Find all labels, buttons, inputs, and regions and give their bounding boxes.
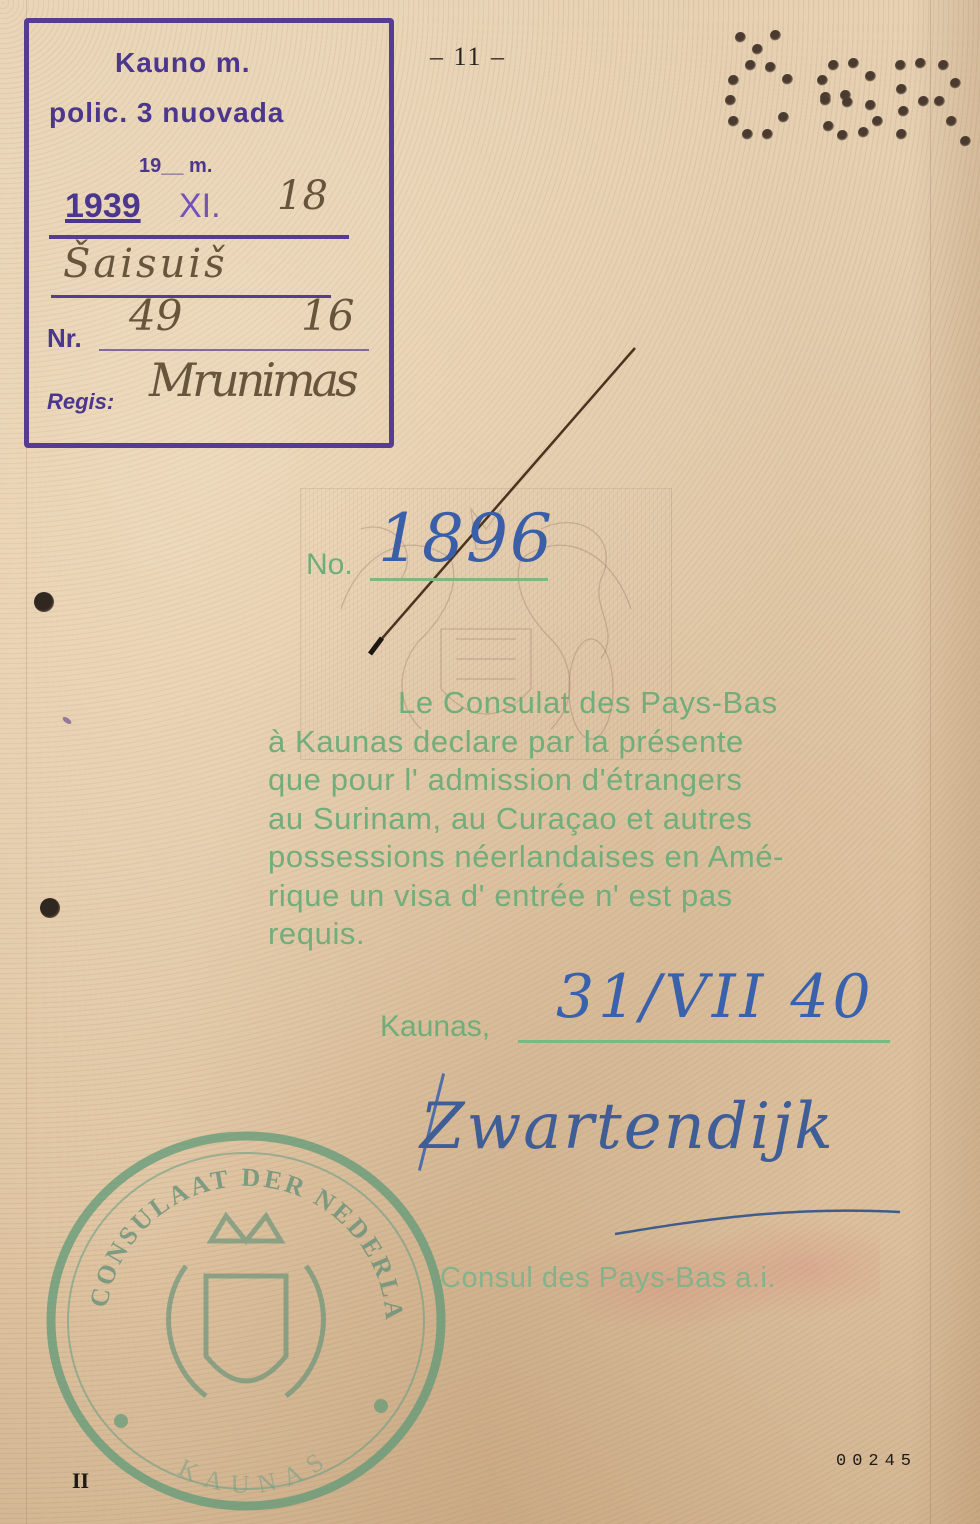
stamp-rule	[49, 235, 349, 239]
ink-speck	[61, 716, 72, 726]
visa-place-label: Kaunas,	[380, 1010, 490, 1044]
declaration-line: rique un visa d' entrée n' est pas	[268, 877, 902, 916]
visa-number-value: 1896	[378, 500, 554, 577]
declaration-line: au Surinam, au Curaçao et autres	[268, 800, 902, 839]
declaration-line: requis.	[268, 915, 902, 954]
stamp-precinct: polic. 3 nuovada	[49, 97, 284, 129]
perforated-number	[720, 20, 980, 150]
declaration-line: à Kaunas declare par la présente	[268, 723, 902, 762]
visa-number-label: No.	[306, 548, 353, 582]
binding-hole	[34, 592, 54, 612]
page-edge-shadow	[910, 0, 980, 1524]
visa-date-rule	[518, 1040, 890, 1043]
consul-signature: Zwartendijk	[420, 1090, 835, 1164]
stamp-nr-value: 49	[129, 291, 182, 340]
stamp-date-year: 1939	[65, 187, 141, 226]
signature-underline	[610, 1200, 910, 1240]
stamp-nr-label: Nr.	[47, 323, 82, 354]
binding-hole	[40, 898, 60, 918]
visa-date-value: 31/VII 40	[556, 962, 875, 1032]
page-fold-line	[930, 0, 931, 1524]
visa-number-rule	[370, 578, 548, 581]
stamp-year-placeholder: 19__ m.	[139, 155, 212, 178]
declaration-line: que pour l' admission d'étrangers	[268, 761, 902, 800]
passport-page: – 11 – Kauno m. polic. 3 nuovada 19__ m.…	[0, 0, 980, 1524]
stamp-handwritten-place: Šaisuiš	[63, 241, 228, 287]
visa-declaration-text: Le Consulat des Pays-Bas à Kaunas declar…	[268, 684, 902, 954]
stamp-date-day: 18	[277, 173, 328, 219]
stamp-rule	[51, 295, 331, 298]
stamp-nr-value-2: 16	[301, 291, 354, 340]
consul-title: Consul des Pays-Bas a.i.	[440, 1262, 776, 1295]
declaration-line: possessions néerlandaises en Amé-	[268, 838, 902, 877]
stamp-reg-label: Regis:	[47, 389, 114, 415]
stamp-city: Kauno m.	[115, 47, 251, 79]
serial-number: 00245	[836, 1452, 917, 1471]
police-registration-stamp: Kauno m. polic. 3 nuovada 19__ m. 1939 X…	[24, 18, 394, 448]
page-number: – 11 –	[430, 42, 506, 72]
consulate-seal: CONSULAAT DER NEDERLANDEN KAUNAS	[36, 1116, 456, 1516]
stamp-rule	[99, 349, 369, 351]
stamp-signature: Mrunimas	[149, 353, 355, 407]
stamp-date-month: XI.	[179, 187, 221, 226]
declaration-line: Le Consulat des Pays-Bas	[268, 684, 902, 723]
roman-numeral: II	[72, 1468, 89, 1494]
